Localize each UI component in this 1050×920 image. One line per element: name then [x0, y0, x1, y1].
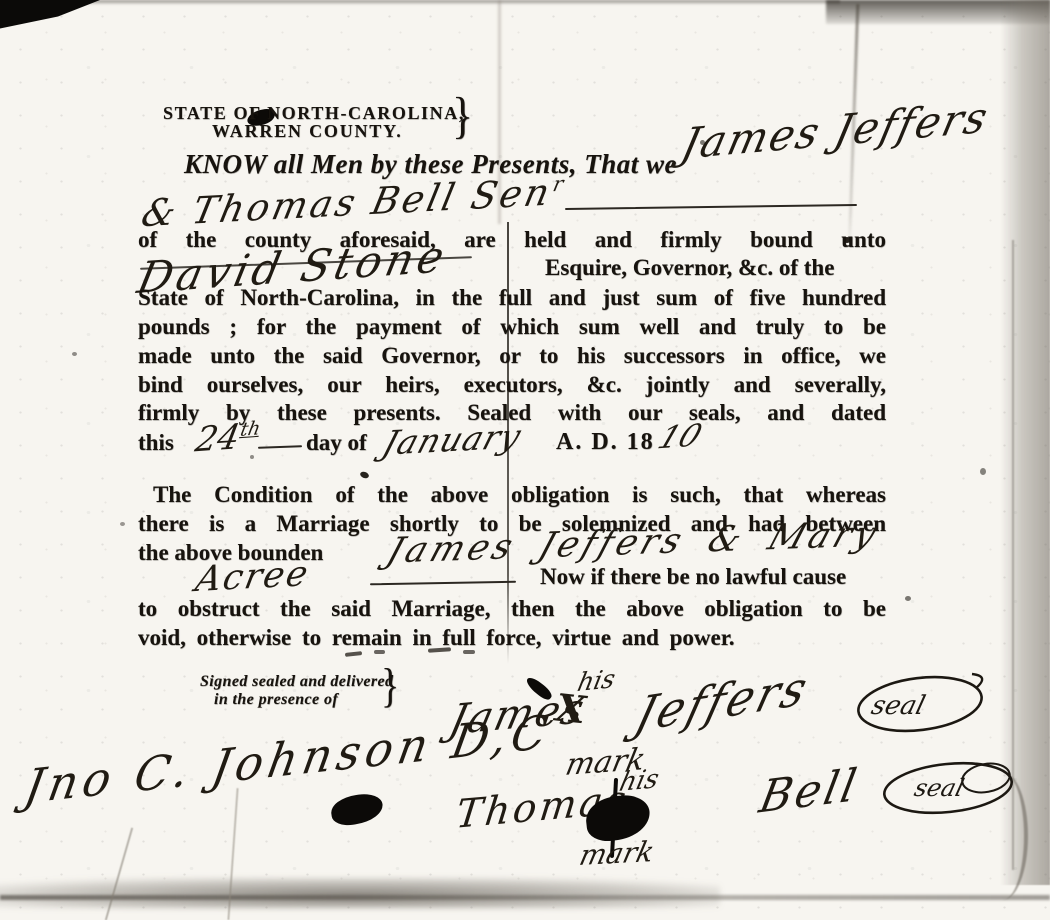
handwritten-groom-name: James Jeffers — [678, 96, 994, 166]
seal-flourish-bondsman: seal — [876, 752, 1026, 824]
condition-line-1: The Condition of the above obligation is… — [153, 482, 886, 507]
speck — [359, 471, 370, 480]
condition-line-5: to obstruct the said Marriage, then the … — [138, 596, 886, 621]
body-line-2: Esquire, Governor, &c. of the — [545, 255, 834, 280]
bottom-edge-smudge — [0, 878, 720, 908]
condition-line-6: void, otherwise to remain in full force,… — [138, 625, 886, 650]
torn-corner-top-left — [0, 0, 100, 30]
marriage-bond-document: STATE OF NORTH-CAROLINA, WARREN COUNTY. … — [0, 0, 1050, 920]
handwritten-day: 24th — [193, 419, 262, 458]
blank-line-after-cosigner — [565, 204, 857, 210]
attestation-line-1: Signed sealed and delivered — [200, 673, 393, 691]
smudge-dash — [345, 651, 362, 657]
groom-mark-x: X — [554, 689, 587, 730]
speck — [905, 596, 911, 601]
ink-blot — [329, 792, 385, 828]
handwritten-cosigner-name: & Thomas Bell Senr — [138, 173, 568, 233]
body-line-5: made unto the said Governor, or to his s… — [138, 343, 886, 368]
seal-text: seal — [868, 690, 928, 721]
speck — [980, 468, 986, 475]
speck — [120, 522, 125, 526]
attestation-brace: } — [381, 661, 399, 713]
bottom-edge-line — [0, 895, 1050, 900]
smudge-dash — [374, 650, 385, 654]
header-county-line: WARREN COUNTY. — [212, 122, 403, 142]
date-this: this — [138, 430, 174, 455]
top-edge-shadow — [0, 0, 840, 5]
blank-line-before-now — [370, 581, 516, 586]
body-line-6: bind ourselves, our heirs, executors, &c… — [138, 372, 886, 397]
body-line-3: State of North-Carolina, in the full and… — [138, 285, 886, 310]
handwritten-year: 10 — [654, 421, 706, 455]
handwritten-month: January — [379, 419, 526, 460]
date-day-of: day of — [306, 430, 367, 455]
condition-line-4: Now if there be no lawful cause — [540, 564, 846, 589]
cosigner-main: & Thomas Bell Sen — [138, 170, 557, 235]
bondsman-mark-label: mark — [577, 838, 657, 870]
dash-after-day — [258, 445, 302, 449]
speck — [250, 455, 254, 459]
smudge-dash — [463, 650, 475, 654]
attestation-line-2: in the presence of — [214, 691, 338, 709]
speck — [72, 352, 77, 356]
groom-sign-last: Jeffers — [631, 663, 815, 739]
day-superscript: th — [239, 418, 263, 441]
date-ad: A. D. 18 — [556, 429, 655, 455]
day-number: 24 — [192, 417, 243, 461]
header-brace: } — [452, 88, 473, 144]
bondsman-sign-last: Bell — [756, 763, 863, 820]
handwritten-bride-surname: Acree — [193, 557, 313, 598]
seal-flourish-groom: seal — [850, 666, 990, 742]
body-line-4: pounds ; for the payment of which sum we… — [138, 314, 886, 339]
opening-line: KNOW all Men by these Presents, That we — [184, 150, 677, 180]
seal-text: seal — [912, 773, 968, 802]
